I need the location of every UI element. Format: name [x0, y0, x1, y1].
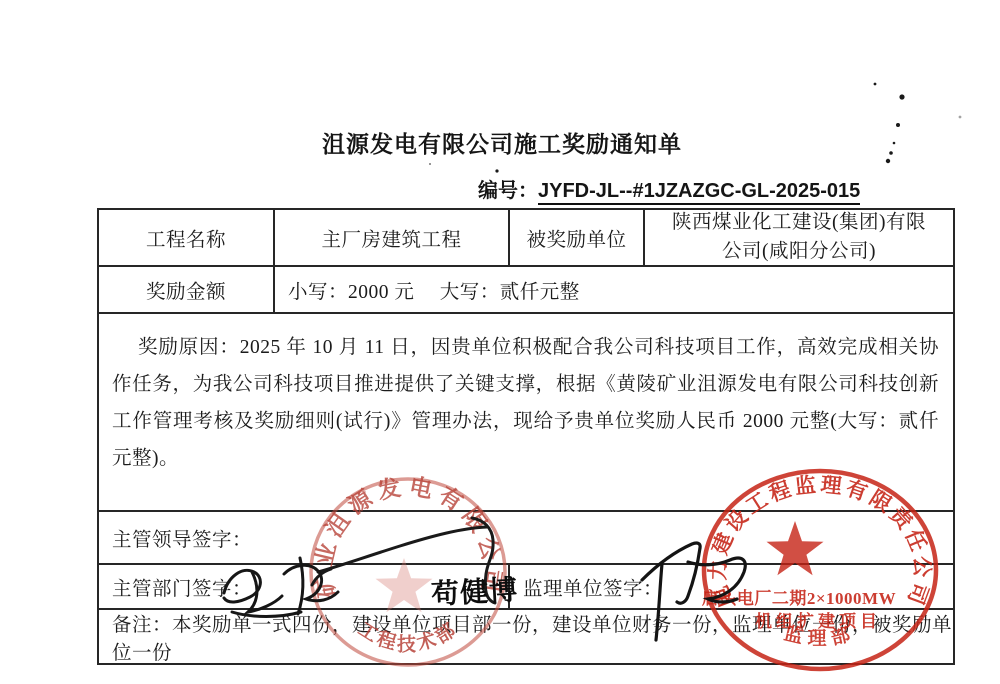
- remark-cell: 备注：本奖励单一式四份，建设单位项目部一份，建设单位财务一份，监理单位一份，被奖…: [99, 610, 953, 663]
- awarded-unit-label-cell: 被奖励单位: [510, 210, 645, 267]
- amount-value-cell: 小写：2000 元 大写：贰仟元整: [275, 267, 953, 314]
- document-number-value: JYFD-JL--#1JZAZGC-GL-2025-015: [538, 180, 860, 205]
- project-name-label-cell: 工程名称: [99, 210, 275, 267]
- leader-signature-cell: 主管领导签字：: [99, 512, 953, 565]
- reward-table: 工程名称 主厂房建筑工程 被奖励单位 陕西煤业化工建设(集团)有限公司(咸阳分公…: [97, 208, 955, 665]
- amount-label-cell: 奖励金额: [99, 267, 275, 314]
- awarded-unit-value-cell: 陕西煤业化工建设(集团)有限公司(咸阳分公司): [645, 210, 953, 267]
- document-number-label: 编号：: [478, 180, 538, 202]
- document-number: 编号：JYFD-JL--#1JZAZGC-GL-2025-015: [478, 174, 860, 203]
- reason-cell: 奖励原因：2025 年 10 月 11 日，因贵单位积极配合我公司科技项目工作，…: [99, 314, 953, 512]
- scanned-reward-notice: 沮源发电有限公司施工奖励通知单 编号：JYFD-JL--#1JZAZGC-GL-…: [0, 0, 1000, 684]
- project-name-value-cell: 主厂房建筑工程: [275, 210, 510, 267]
- supervisor-signature-cell: 监理单位签字：: [510, 565, 953, 610]
- page-title: 沮源发电有限公司施工奖励通知单: [0, 126, 1000, 159]
- dept-signature-cell: 主管部门签字：: [99, 565, 510, 610]
